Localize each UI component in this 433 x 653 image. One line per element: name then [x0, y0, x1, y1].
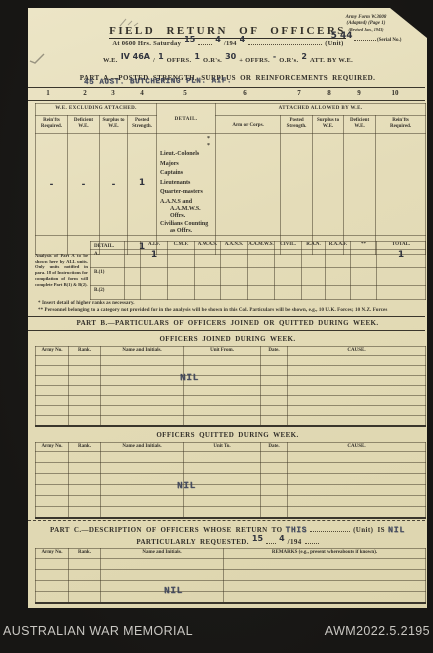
- empty-cell: [275, 268, 302, 286]
- table-row: [36, 416, 426, 426]
- empty-cell: [69, 581, 101, 592]
- date-line: At 0600 Hrs. Saturday 15 4 /194 4 (Unit): [48, 38, 408, 47]
- part-c-title-line1: PART C.—DESCRIPTION OF OFFICERS WHOSE RE…: [28, 525, 427, 535]
- empty-cell: [302, 250, 326, 268]
- quitted-header-unit-to: Unit To.: [184, 443, 261, 452]
- empty-cell: [125, 286, 141, 300]
- empty-cell: [69, 485, 101, 496]
- unit-label: (Unit): [325, 40, 343, 47]
- joined-nil-stamp: NIL: [180, 372, 199, 383]
- empty-cell: [69, 366, 101, 376]
- empty-cell: [69, 356, 101, 366]
- analysis-header-raaf: R.A.A.F.: [326, 242, 351, 250]
- archive-item-id: AWM2022.5.2195: [325, 624, 430, 638]
- officers-quitted-table: Army No. Rank. Name and Initials. Unit T…: [35, 442, 426, 519]
- empty-cell: [326, 268, 351, 286]
- form-title: FIELD RETURN OF OFFICERS: [109, 25, 346, 39]
- empty-cell: [261, 463, 288, 474]
- empty-cell: [184, 356, 261, 366]
- empty-cell: [125, 268, 141, 286]
- analysis-table: DETAIL. A.I.F. C.M.F. A.W.A.S. A.A.N.S. …: [90, 241, 426, 300]
- empty-cell: [69, 592, 101, 603]
- empty-cell: [221, 268, 248, 286]
- quitted-header-name: Name and Initials.: [101, 443, 184, 452]
- empty-cell: [326, 286, 351, 300]
- empty-cell: [36, 592, 69, 603]
- empty-cell: [69, 406, 101, 416]
- analysis-header-civil: CIVIL.: [275, 242, 302, 250]
- part-c-header-army-no: Army No.: [36, 549, 69, 559]
- empty-cell: [248, 268, 275, 286]
- empty-cell: [36, 570, 69, 581]
- joined-header-date: Date.: [261, 347, 288, 356]
- table-row: [36, 356, 426, 366]
- empty-cell: [69, 396, 101, 406]
- col-header-reinfts-required-right: Rein'fts Required.: [376, 116, 426, 134]
- empty-cell: [101, 366, 184, 376]
- att-ors-value-handwritten: 2: [301, 52, 307, 61]
- joined-header-army-no: Army No.: [36, 347, 69, 356]
- quitted-header-rank: Rank.: [69, 443, 101, 452]
- table-row: [36, 376, 426, 386]
- col-header-posted-strength-right: Posted Strength.: [281, 116, 313, 134]
- analysis-header-aamws: A.A.M.W.S.: [248, 242, 275, 250]
- part-c-day-handwritten: 15: [252, 534, 263, 543]
- empty-cell: [261, 416, 288, 426]
- pencil-checkmark: [28, 52, 46, 66]
- empty-cell: [101, 507, 184, 518]
- empty-cell: [69, 463, 101, 474]
- detail-lieut-colonels: Lieut.-Colonels: [160, 150, 213, 160]
- empty-cell: [101, 356, 184, 366]
- att-by-we-label: ATT. BY W.E.: [310, 57, 353, 64]
- we-label: W.E.: [103, 57, 118, 64]
- detail-majors: Majors: [160, 160, 213, 170]
- part-c-nil-stamp-inline: NIL: [388, 525, 405, 535]
- empty-cell: [261, 496, 288, 507]
- detail-column-header: DETAIL.: [157, 104, 216, 134]
- posted-strength-cell: 1: [128, 134, 157, 236]
- officers-joined-table: Army No. Rank. Name and Initials. Unit F…: [35, 346, 426, 427]
- empty-cell: [36, 452, 69, 463]
- reinfts-value-handwritten: -: [36, 180, 67, 190]
- empty-cell: [36, 386, 69, 396]
- plus-offrs-label: + OFFRS.: [239, 57, 270, 64]
- detail-civilians: Civilians Counting as Offrs.: [160, 221, 213, 235]
- table-row: [36, 485, 426, 496]
- empty-cell: [351, 268, 377, 286]
- analysis-row-a-aif-value: 1: [141, 250, 168, 268]
- empty-cell: [261, 474, 288, 485]
- empty-cell: [351, 250, 377, 268]
- empty-cell: [288, 463, 426, 474]
- detail-quarter-masters: Quarter-masters: [160, 188, 213, 198]
- empty-cell: [184, 463, 261, 474]
- part-b-title: PART B.—PARTICULARS OF OFFICERS JOINED O…: [28, 319, 427, 327]
- empty-cell: [184, 386, 261, 396]
- empty-cell: [69, 416, 101, 426]
- analysis-row-b1-label: B.(1): [91, 268, 125, 286]
- rule-below-column-numbers: [28, 100, 425, 101]
- unit-rubber-stamp: 45 AUST. BUTCHERING PLN. AIF.: [84, 77, 232, 87]
- empty-cell: [184, 396, 261, 406]
- ors-label: O.R's.: [203, 57, 222, 64]
- quitted-header-cause: CAUSE.: [288, 443, 426, 452]
- part-c-nil-stamp: NIL: [164, 585, 183, 596]
- col-header-deficient-we-right: Deficient W.E.: [344, 116, 376, 134]
- part-c-header-rank: Rank.: [69, 549, 101, 559]
- empty-cell: [288, 474, 426, 485]
- empty-cell: [261, 452, 288, 463]
- empty-cell: [69, 376, 101, 386]
- we-strength-line: W.E. IV 46A / 1 OFFRS. 1 O.R's. 30 + OFF…: [52, 55, 404, 64]
- table-row: [36, 507, 426, 518]
- empty-cell: [248, 286, 275, 300]
- detail-rank-list: * * Lieut.-Colonels Majors Captains Lieu…: [157, 134, 216, 236]
- table-row: [36, 452, 426, 463]
- rule-above-part-b: [28, 316, 425, 317]
- part-c-table: Army No. Rank. Name and Initials. REMARK…: [35, 548, 426, 604]
- scanned-form-page: FIELD RETURN OF OFFICERS Army Form W.300…: [28, 8, 427, 608]
- total-value-handwritten: 1: [398, 250, 404, 260]
- empty-cell: [224, 559, 426, 570]
- empty-cell: [36, 376, 69, 386]
- empty-cell: [261, 376, 288, 386]
- empty-cell: [377, 286, 426, 300]
- quitted-header-army-no: Army No.: [36, 443, 69, 452]
- rule-below-part-b: [28, 330, 425, 331]
- table-row: [36, 366, 426, 376]
- empty-cell: [101, 406, 184, 416]
- archive-name: AUSTRALIAN WAR MEMORIAL: [3, 624, 193, 638]
- empty-cell: [36, 463, 69, 474]
- offrs-label: OFFRS.: [167, 57, 192, 64]
- att-surplus-cell: [313, 134, 344, 236]
- table-row: [36, 406, 426, 416]
- empty-cell: [125, 250, 141, 268]
- empty-cell: [288, 507, 426, 518]
- column-number-4: 4: [135, 89, 149, 97]
- date-year-handwritten: 4: [240, 35, 246, 44]
- empty-cell: [288, 396, 426, 406]
- empty-cell: [261, 406, 288, 416]
- empty-cell: [36, 406, 69, 416]
- empty-cell: [36, 356, 69, 366]
- part-c-dotted-blank: [310, 525, 350, 532]
- empty-cell: [221, 250, 248, 268]
- empty-cell: [36, 474, 69, 485]
- this-stamp: THIS: [285, 526, 307, 535]
- analysis-row-b2-label: B.(2): [91, 286, 125, 300]
- empty-cell: [101, 463, 184, 474]
- empty-cell: [302, 286, 326, 300]
- col-header-arm-or-corps: Arm or Corps.: [216, 116, 281, 134]
- detail-lieutenants: Lieutenants: [160, 179, 213, 189]
- table-row: [36, 559, 426, 570]
- empty-cell: [101, 581, 224, 592]
- table-row: [36, 386, 426, 396]
- empty-cell: [168, 268, 195, 286]
- arm-or-corps-cell: [216, 134, 281, 236]
- empty-cell: [101, 376, 184, 386]
- detail-asterisk-1: *: [160, 136, 213, 143]
- empty-cell: [36, 581, 69, 592]
- quitted-nil-stamp: NIL: [177, 480, 196, 491]
- empty-cell: [288, 376, 426, 386]
- joined-header-rank: Rank.: [69, 347, 101, 356]
- part-c-month-handwritten: 4: [279, 534, 285, 543]
- empty-cell: [261, 485, 288, 496]
- empty-cell: [101, 416, 184, 426]
- date-day-handwritten: 15: [184, 35, 195, 44]
- unit-dotted-blank: [248, 38, 322, 45]
- empty-cell: [101, 485, 184, 496]
- empty-cell: [261, 366, 288, 376]
- empty-cell: [69, 496, 101, 507]
- empty-cell: [36, 366, 69, 376]
- empty-cell: [288, 356, 426, 366]
- col-header-surplus-we-left: Surplus to W.E.: [100, 116, 128, 134]
- joined-header-cause: CAUSE.: [288, 347, 426, 356]
- column-number-8: 8: [322, 89, 336, 97]
- we-separator: /: [153, 57, 155, 64]
- deficient-value-handwritten: -: [68, 180, 99, 190]
- empty-cell: [101, 496, 184, 507]
- empty-cell: [184, 496, 261, 507]
- empty-cell: [168, 286, 195, 300]
- analysis-header-cmf: C.M.F.: [168, 242, 195, 250]
- empty-cell: [69, 474, 101, 485]
- empty-cell: [69, 559, 101, 570]
- empty-cell: [36, 496, 69, 507]
- quitted-header-date: Date.: [261, 443, 288, 452]
- empty-cell: [288, 452, 426, 463]
- empty-cell: [101, 452, 184, 463]
- empty-cell: [288, 366, 426, 376]
- offrs-value-handwritten: 1: [194, 52, 200, 61]
- group-header-we-excluding: W.E. EXCLUDING ATTACHED.: [36, 104, 157, 116]
- empty-cell: [288, 496, 426, 507]
- empty-cell: [261, 396, 288, 406]
- empty-cell: [69, 452, 101, 463]
- time-prefix: At 0600 Hrs. Saturday: [112, 40, 181, 47]
- detail-aans-aamws: A.A.N.S and A.A.M.W.S. Offrs.: [160, 199, 213, 220]
- empty-cell: [288, 416, 426, 426]
- empty-cell: [377, 268, 426, 286]
- column-number-9: 9: [352, 89, 366, 97]
- footnote-double-asterisk: ** Personnel belonging to a category not…: [38, 308, 387, 313]
- footnote-asterisk: * Insert detail of higher ranks as neces…: [38, 301, 135, 306]
- empty-cell: [195, 250, 221, 268]
- table-row: [36, 581, 426, 592]
- analysis-header-total: TOTAL.: [377, 242, 426, 250]
- reinfts-required-cell: -: [36, 134, 68, 236]
- analysis-header-awas: A.W.A.S.: [195, 242, 221, 250]
- surplus-value-handwritten: -: [100, 180, 127, 190]
- part-c-dotted-blank3: [305, 537, 319, 544]
- att-posted-strength-cell: [281, 134, 313, 236]
- deficient-we-cell: -: [68, 134, 100, 236]
- empty-cell: [195, 286, 221, 300]
- empty-cell: [288, 485, 426, 496]
- group-header-attached-allowed: ATTACHED ALLOWED BY W.E.: [216, 104, 426, 116]
- column-number-10: 10: [388, 89, 402, 97]
- part-c-dotted-blank2: [266, 537, 276, 544]
- joined-header-unit-from: Unit From.: [184, 347, 261, 356]
- empty-cell: [141, 268, 168, 286]
- column-number-1: 1: [41, 89, 55, 97]
- posted-strength-handwritten: 1: [128, 178, 156, 188]
- column-number-7: 7: [292, 89, 306, 97]
- column-number-3: 3: [106, 89, 120, 97]
- column-number-6: 6: [238, 89, 252, 97]
- empty-cell: [101, 559, 224, 570]
- we-value-handwritten: IV 46A: [121, 52, 150, 61]
- empty-cell: [184, 452, 261, 463]
- analysis-header-other: **: [351, 242, 377, 250]
- date-month-handwritten: 4: [215, 35, 221, 44]
- table-row: [36, 474, 426, 485]
- part-a-table: W.E. EXCLUDING ATTACHED. DETAIL. ATTACHE…: [35, 103, 426, 255]
- empty-cell: [36, 485, 69, 496]
- att-deficient-cell: [344, 134, 376, 236]
- empty-cell: [261, 386, 288, 396]
- col-header-posted-strength-left: Posted Strength.: [128, 116, 157, 134]
- analysis-header-aans: A.A.N.S.: [221, 242, 248, 250]
- empty-cell: [184, 406, 261, 416]
- empty-cell: [101, 396, 184, 406]
- part-c-header-name: Name and Initials.: [101, 549, 224, 559]
- empty-cell: [288, 406, 426, 416]
- empty-cell: [302, 268, 326, 286]
- table-row: [36, 463, 426, 474]
- analysis-detail-header: DETAIL.: [91, 242, 125, 250]
- rule-above-column-numbers: [28, 87, 425, 88]
- date-year-printed: /194: [224, 40, 237, 47]
- detail-asterisk-2: *: [160, 143, 213, 150]
- empty-cell: [184, 416, 261, 426]
- empty-cell: [261, 356, 288, 366]
- empty-cell: [125, 242, 141, 250]
- empty-cell: [69, 386, 101, 396]
- empty-cell: [101, 570, 224, 581]
- part-c-title-line2: PARTICULARLY REQUESTED. 15 4 /194: [28, 537, 427, 546]
- empty-cell: [275, 250, 302, 268]
- officers-quitted-title: OFFICERS QUITTED DURING WEEK.: [28, 431, 427, 439]
- analysis-header-ran: R.A.N.: [302, 242, 326, 250]
- empty-cell: [101, 386, 184, 396]
- empty-cell: [101, 592, 224, 603]
- column-number-5: 5: [178, 89, 192, 97]
- col-header-surplus-we-right: Surplus to W.E.: [313, 116, 344, 134]
- empty-cell: [275, 286, 302, 300]
- table-row: [36, 592, 426, 603]
- officers-joined-title: OFFICERS JOINED DURING WEEK.: [28, 335, 427, 343]
- empty-cell: [168, 250, 195, 268]
- surplus-we-cell: -: [100, 134, 128, 236]
- empty-cell: [248, 250, 275, 268]
- empty-cell: [195, 268, 221, 286]
- empty-cell: [184, 507, 261, 518]
- empty-cell: [141, 286, 168, 300]
- empty-cell: [224, 570, 426, 581]
- joined-header-name: Name and Initials.: [101, 347, 184, 356]
- table-row: [36, 396, 426, 406]
- empty-cell: [69, 570, 101, 581]
- col-header-deficient-we-left: Deficient W.E.: [68, 116, 100, 134]
- att-reinfts-cell: [376, 134, 426, 236]
- particularly-requested-label: PARTICULARLY REQUESTED.: [136, 538, 249, 546]
- empty-cell: [261, 507, 288, 518]
- col-header-reinfts-required-left: Rein'fts Required.: [36, 116, 68, 134]
- analysis-header-aif: A.I.F.: [141, 242, 168, 250]
- empty-cell: [101, 474, 184, 485]
- part-c-title-lead: PART C.—DESCRIPTION OF OFFICERS WHOSE RE…: [50, 526, 283, 534]
- empty-cell: [224, 592, 426, 603]
- analysis-row-a-total-value: 1: [377, 250, 426, 268]
- table-row: [36, 496, 426, 507]
- att-offrs-value-handwritten: -: [273, 52, 276, 61]
- empty-cell: [326, 250, 351, 268]
- ors2-label: O.R's.: [279, 57, 298, 64]
- empty-cell: [224, 581, 426, 592]
- empty-cell: [36, 559, 69, 570]
- column-number-2: 2: [78, 89, 92, 97]
- table-row: [36, 570, 426, 581]
- empty-cell: [36, 235, 68, 254]
- part-c-unit-is-label: (Unit) IS: [353, 526, 385, 534]
- empty-cell: [221, 286, 248, 300]
- detail-captains: Captains: [160, 169, 213, 179]
- part-c-year-printed: /194: [288, 538, 302, 546]
- date-dotted-blank: [198, 38, 212, 45]
- empty-cell: [69, 507, 101, 518]
- we-strength-handwritten: 1: [158, 52, 164, 61]
- analysis-side-note: Analysis of Part A to be shown here by A…: [35, 253, 88, 287]
- empty-cell: [288, 386, 426, 396]
- empty-cell: [36, 507, 69, 518]
- empty-cell: [36, 416, 69, 426]
- part-c-header-remarks: REMARKS (e.g., present whereabouts if kn…: [224, 549, 426, 559]
- empty-cell: [36, 396, 69, 406]
- analysis-row-a-label: A.: [91, 250, 125, 268]
- ors-value-handwritten: 30: [225, 52, 236, 61]
- dashed-separator: [28, 520, 425, 521]
- aif-value-handwritten: 1: [151, 250, 157, 260]
- empty-cell: [351, 286, 377, 300]
